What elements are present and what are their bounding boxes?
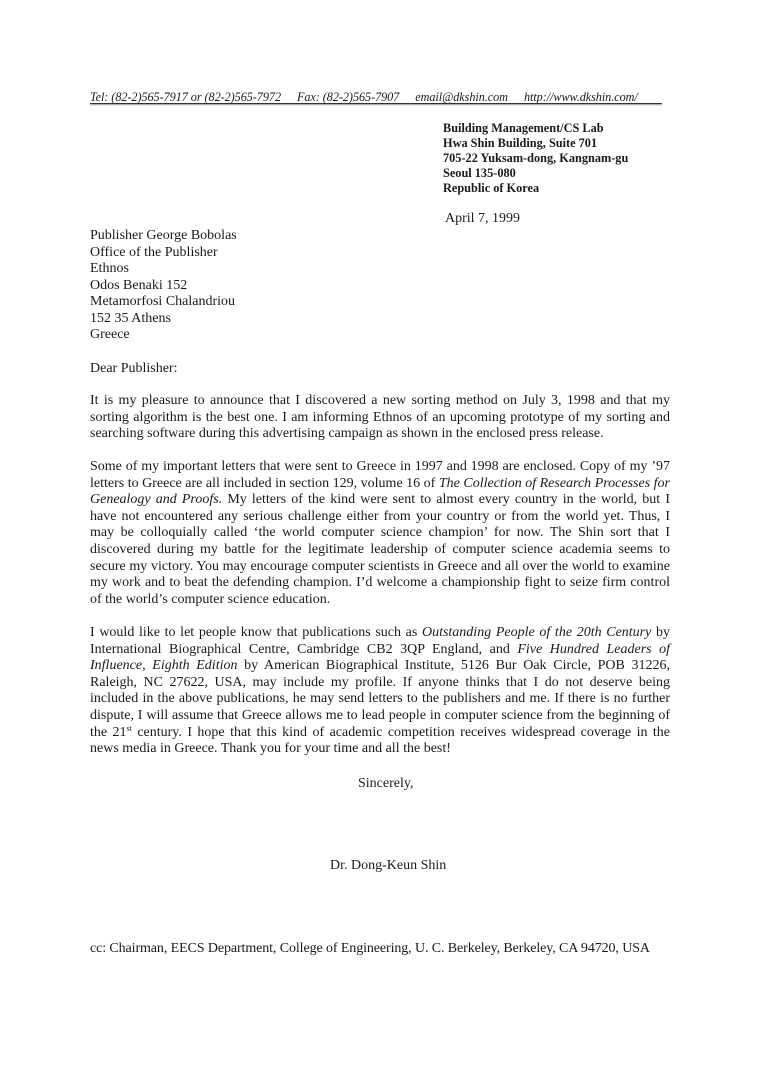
closing: Sincerely, [358, 775, 413, 792]
recipient-line: 152 35 Athens [90, 311, 237, 328]
sender-address-line: Hwa Shin Building, Suite 701 [443, 136, 628, 151]
paragraph-text: I would like to let people know that pub… [90, 625, 422, 640]
paragraph-text: century. I hope that this kind of academ… [90, 725, 670, 757]
letter-date: April 7, 1999 [445, 210, 520, 227]
paragraph-text: My letters of the kind were sent to almo… [90, 492, 670, 607]
letter-page: Tel: (82-2)565-7917 or (82-2)565-7972 Fa… [0, 0, 760, 1074]
recipient-line: Odos Benaki 152 [90, 278, 237, 295]
phone-numbers: Tel: (82-2)565-7917 or (82-2)565-7972 [90, 90, 281, 104]
recipient-line: Greece [90, 327, 237, 344]
recipient-line: Publisher George Bobolas [90, 228, 237, 245]
salutation: Dear Publisher: [90, 360, 177, 377]
paragraph-text: , [142, 658, 152, 673]
publication-edition: Eighth Edition [152, 658, 237, 673]
body-paragraph-1: It is my pleasure to announce that I dis… [90, 393, 670, 443]
cc-line: cc: Chairman, EECS Department, College o… [90, 940, 650, 957]
sender-address-line: Seoul 135-080 [443, 166, 628, 181]
body-paragraph-2: Some of my important letters that were s… [90, 459, 670, 608]
signature-name: Dr. Dong-Keun Shin [330, 857, 446, 874]
recipient-line: Metamorfosi Chalandriou [90, 294, 237, 311]
recipient-line: Ethnos [90, 261, 237, 278]
recipient-line: Office of the Publisher [90, 245, 237, 262]
body-paragraph-3: I would like to let people know that pub… [90, 625, 670, 758]
email-address: email@dkshin.com [415, 90, 508, 104]
publication-title: Outstanding People of the 20th Century [422, 625, 651, 640]
sender-address: Building Management/CS Lab Hwa Shin Buil… [443, 121, 628, 196]
website-url: http://www.dkshin.com/ [524, 90, 638, 104]
fax-number: Fax: (82-2)565-7907 [297, 90, 399, 104]
sender-address-line: Building Management/CS Lab [443, 121, 628, 136]
letterhead-divider [90, 103, 662, 104]
sender-address-line: 705-22 Yuksam-dong, Kangnam-gu [443, 151, 628, 166]
sender-address-line: Republic of Korea [443, 181, 628, 196]
recipient-address: Publisher George Bobolas Office of the P… [90, 228, 237, 344]
